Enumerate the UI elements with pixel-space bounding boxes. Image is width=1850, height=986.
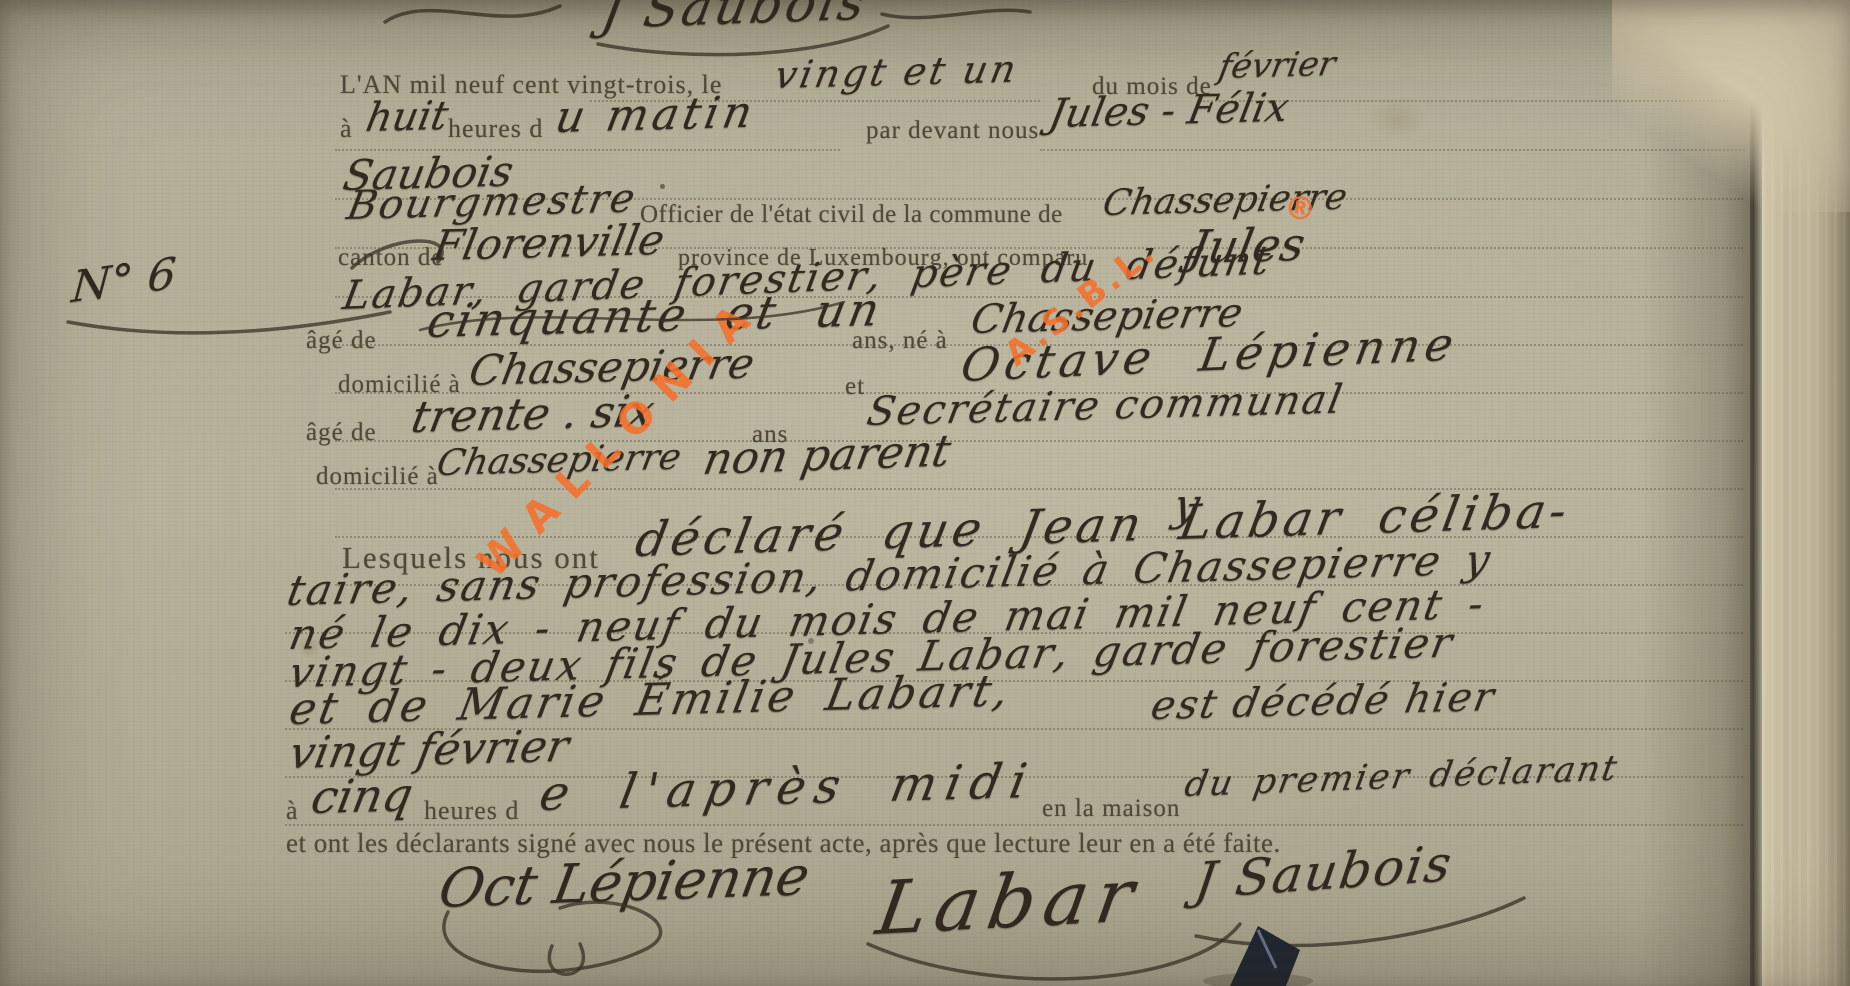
printed-a-hour: à [340,116,353,142]
watermark-registered-icon: ® [1282,190,1318,226]
printed-officier-etat-civil: Officier de l'état civil de la commune d… [640,202,1063,227]
scanned-death-act-page: N° 6 J Saubois L'AN mil neuf cent vingt-… [0,0,1850,986]
top-left-flourish [385,6,560,22]
entry-day-of-month: vingt et un [772,50,1022,94]
lepienne-paraph [549,944,583,974]
top-right-flourish [882,10,1030,17]
printed-a-death-hour: à [286,798,299,824]
printed-par-devant-nous: par devant nous [866,118,1039,143]
entry-deceased-statement: est décédé hier [1148,677,1499,726]
printed-canton-de: canton de [338,245,443,270]
entry-declarant2-occupation: Secrétaire communal [864,380,1347,432]
entry-death-place: du premier déclarant [1182,752,1621,803]
paper-stain [1368,96,1428,142]
entry-hour: huit [363,96,451,138]
signature-labar: Labar [872,858,1146,946]
printed-heures-d-2: heures d [424,798,519,824]
signature-lepienne: Oct Lépienne [435,849,814,916]
entry-time-of-day: u matin [552,91,760,140]
printed-heures-d: heures d [448,116,543,142]
pen-nib-body [1230,926,1300,986]
printed-ans-ne-a: ans, né à [852,328,948,353]
entry-death-time-of-day: e l'après midi [536,757,1039,818]
entry-death-date: vingt février [286,725,572,776]
entry-declarant2-relation: non parent [700,429,954,482]
margin-act-number: N° 6 [70,252,178,310]
entry-officer-firstnames: Jules - Félix [1046,88,1292,134]
entry-declarant1-age: cinquante et un [424,286,886,344]
printed-domicilie-a-2: domicilié à [316,464,439,489]
printed-age-de-1: âgé de [306,328,377,353]
signature-saubois-top: J Saubois [598,0,872,36]
printed-et: et [845,374,865,399]
printed-age-de-2: âgé de [306,420,377,445]
pen-nib-highlight [1258,930,1276,968]
printed-en-la-maison: en la maison [1042,796,1180,821]
ink-speck [660,184,665,189]
entry-canton: Florenville [430,219,668,267]
entry-death-hour: cinq [308,771,417,820]
pen-shadow [1203,973,1313,986]
entry-month: février [1216,47,1338,84]
top-right-corner-fold [1612,0,1850,212]
pen-nib [1203,926,1313,986]
